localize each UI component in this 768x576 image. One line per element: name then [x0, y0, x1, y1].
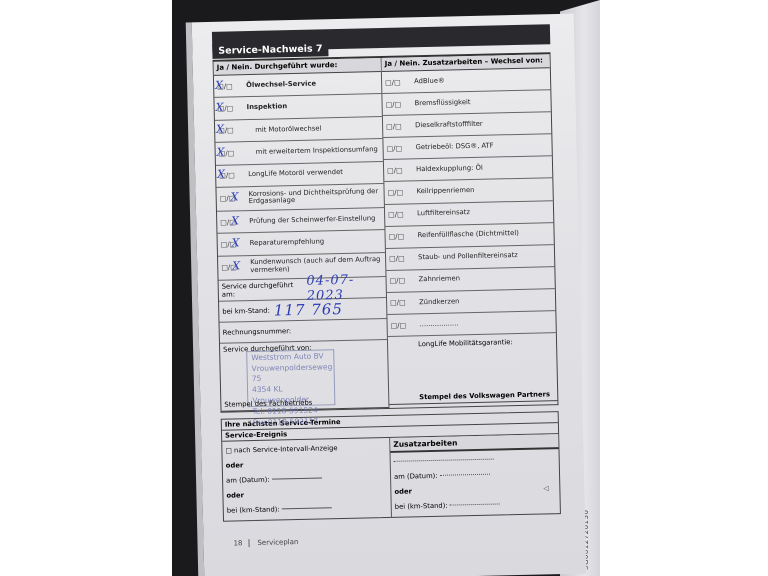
partner-stamp-area: LongLife Mobilitätsgarantie: Stempel des…	[388, 333, 557, 405]
check-mark-icon: X	[231, 191, 239, 204]
yes-no-checkbox[interactable]: □/□	[384, 144, 410, 153]
service-date-value: 04-07-2023	[306, 272, 386, 304]
yes-no-checkbox[interactable]: □/□	[387, 299, 413, 308]
yes-no-checkbox[interactable]: □/□	[382, 78, 408, 87]
yes-no-checkbox[interactable]: □/□X	[218, 263, 244, 272]
yes-no-checkbox[interactable]: □/□X	[217, 218, 243, 227]
continue-arrow-icon: ◁	[543, 484, 549, 492]
extra-work-section: Zusatzarbeiten am (Datum): oder bei (km-…	[390, 434, 560, 517]
yes-no-checkbox[interactable]: □/□	[387, 277, 413, 286]
yes-no-checkbox[interactable]: □/□	[385, 188, 411, 197]
section-name: Serviceplan	[249, 538, 298, 547]
yes-no-checkbox[interactable]: □/□X	[214, 82, 240, 91]
check-mark-icon: X	[232, 236, 240, 249]
yes-no-checkbox[interactable]: □/□	[385, 211, 411, 220]
yes-no-checkbox[interactable]: □/□X	[216, 171, 242, 180]
service-record-form: Ja / Nein. Durchgeführt wurde: □/□XÖlwec…	[213, 52, 561, 521]
workshop-stamp-area: Service durchgeführt von: Weststrom Auto…	[220, 340, 388, 412]
yes-no-checkbox[interactable]: □/□X	[215, 104, 241, 113]
background-left	[0, 0, 172, 576]
yes-no-checkbox[interactable]: □/□	[386, 233, 412, 242]
yes-no-checkbox[interactable]: □/□	[383, 122, 409, 131]
page-number: 18	[233, 539, 249, 547]
yes-no-checkbox[interactable]: □/□	[388, 321, 414, 330]
service-date-field[interactable]: Service durchgeführt am:04-07-2023	[219, 277, 386, 302]
yes-no-checkbox[interactable]: □/□X	[218, 240, 244, 249]
km-value: 117 765	[274, 300, 343, 320]
yes-no-checkbox[interactable]: □/□	[386, 255, 412, 264]
service-event-section: □ nach Service-Intervall-Anzeige oder am…	[222, 438, 392, 521]
page-footer: 18 Serviceplan	[233, 538, 298, 547]
yes-no-checkbox[interactable]: □/□X	[217, 195, 243, 204]
performed-column: Ja / Nein. Durchgeführt wurde: □/□XÖlwec…	[214, 58, 390, 411]
check-mark-icon: X	[215, 101, 223, 114]
background-right	[600, 0, 768, 576]
yes-no-checkbox[interactable]: □/□X	[216, 149, 242, 158]
check-mark-icon: X	[215, 78, 223, 91]
check-mark-icon: X	[232, 260, 240, 273]
service-booklet-page: Service-Nachweis 7 Ja / Nein. Durchgefüh…	[186, 14, 587, 576]
extra-km-field[interactable]: bei (km-Stand):	[395, 496, 557, 515]
next-km-field[interactable]: bei (km-Stand):	[227, 500, 388, 519]
check-mark-icon: X	[217, 168, 225, 181]
check-mark-icon: X	[217, 145, 225, 158]
check-mark-icon: X	[231, 214, 239, 227]
yes-no-checkbox[interactable]: □/□	[384, 166, 410, 175]
yes-no-checkbox[interactable]: □/□X	[215, 127, 241, 136]
additional-work-column: Ja / Nein. Zusatzarbeiten – Wechsel von:…	[382, 54, 558, 407]
page-title: Service-Nachweis 7	[212, 41, 329, 59]
yes-no-checkbox[interactable]: □/□	[383, 100, 409, 109]
check-mark-icon: X	[216, 123, 224, 136]
